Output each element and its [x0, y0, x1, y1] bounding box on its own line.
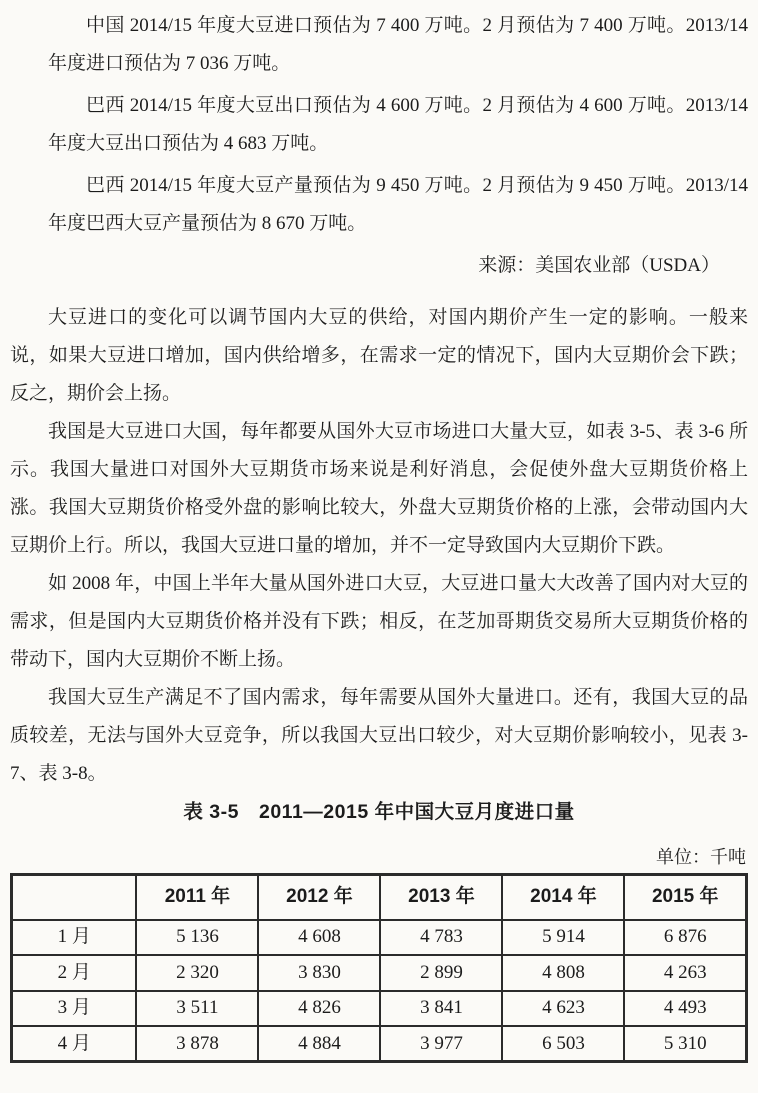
- excerpt-paragraph-china-import: 中国 2014/15 年度大豆进口预估为 7 400 万吨。2 月预估为 7 4…: [48, 7, 748, 83]
- table-cell: 3 977: [380, 1026, 502, 1062]
- table-cell: 4 608: [258, 920, 380, 956]
- table-cell: 5 914: [502, 920, 624, 956]
- table-cell: 4 826: [258, 991, 380, 1027]
- table-cell: 4 263: [624, 955, 746, 991]
- body-paragraph-supply-effect: 大豆进口的变化可以调节国内大豆的供给，对国内期价产生一定的影响。一般来说，如果大…: [10, 299, 748, 413]
- table-cell: 3 511: [136, 991, 258, 1027]
- table-cell: 4 783: [380, 920, 502, 956]
- excerpt-paragraph-brazil-export: 巴西 2014/15 年度大豆出口预估为 4 600 万吨。2 月预估为 4 6…: [48, 87, 748, 163]
- table-cell: 4 884: [258, 1026, 380, 1062]
- table-cell: 3 830: [258, 955, 380, 991]
- table-row: 4 月 3 878 4 884 3 977 6 503 5 310: [12, 1026, 747, 1062]
- table-row: 1 月 5 136 4 608 4 783 5 914 6 876: [12, 920, 747, 956]
- table-cell: 5 136: [136, 920, 258, 956]
- row-header-month: 3 月: [12, 991, 137, 1027]
- book-page: 中国 2014/15 年度大豆进口预估为 7 400 万吨。2 月预估为 7 4…: [0, 0, 758, 1093]
- soybean-monthly-import-table: 2011 年 2012 年 2013 年 2014 年 2015 年 1 月 5…: [10, 873, 748, 1063]
- table-cell: 6 503: [502, 1026, 624, 1062]
- row-header-month: 2 月: [12, 955, 137, 991]
- table-cell: 3 878: [136, 1026, 258, 1062]
- table-cell: 4 493: [624, 991, 746, 1027]
- table-cell: 6 876: [624, 920, 746, 956]
- table-row: 3 月 3 511 4 826 3 841 4 623 4 493: [12, 991, 747, 1027]
- table-unit-label: 单位：千吨: [10, 845, 746, 869]
- source-attribution: 来源：美国农业部（USDA）: [48, 247, 748, 285]
- table-row: 2 月 2 320 3 830 2 899 4 808 4 263: [12, 955, 747, 991]
- column-header-2014: 2014 年: [502, 875, 624, 920]
- usda-report-excerpt: 中国 2014/15 年度大豆进口预估为 7 400 万吨。2 月预估为 7 4…: [48, 7, 748, 285]
- table-cell: 5 310: [624, 1026, 746, 1062]
- column-header-2011: 2011 年: [136, 875, 258, 920]
- table-cell: 2 320: [136, 955, 258, 991]
- table-cell: 4 808: [502, 955, 624, 991]
- table-caption: 表 3-5 2011—2015 年中国大豆月度进口量: [10, 797, 748, 827]
- column-header-2012: 2012 年: [258, 875, 380, 920]
- row-header-month: 4 月: [12, 1026, 137, 1062]
- body-paragraph-domestic-production: 我国大豆生产满足不了国内需求，每年需要从国外大量进口。还有，我国大豆的品质较差，…: [10, 679, 748, 793]
- table-cell: 2 899: [380, 955, 502, 991]
- column-header-2013: 2013 年: [380, 875, 502, 920]
- column-header-2015: 2015 年: [624, 875, 746, 920]
- body-text: 大豆进口的变化可以调节国内大豆的供给，对国内期价产生一定的影响。一般来说，如果大…: [10, 299, 748, 793]
- excerpt-paragraph-brazil-production: 巴西 2014/15 年度大豆产量预估为 9 450 万吨。2 月预估为 9 4…: [48, 167, 748, 243]
- table-header-row: 2011 年 2012 年 2013 年 2014 年 2015 年: [12, 875, 747, 920]
- table-cell: 4 623: [502, 991, 624, 1027]
- body-paragraph-2008-example: 如 2008 年，中国上半年大量从国外进口大豆，大豆进口量大大改善了国内对大豆的…: [10, 565, 748, 679]
- body-paragraph-import-major-country: 我国是大豆进口大国，每年都要从国外大豆市场进口大量大豆，如表 3-5、表 3-6…: [10, 413, 748, 565]
- row-header-month: 1 月: [12, 920, 137, 956]
- table-cell: 3 841: [380, 991, 502, 1027]
- table-corner-cell: [12, 875, 137, 920]
